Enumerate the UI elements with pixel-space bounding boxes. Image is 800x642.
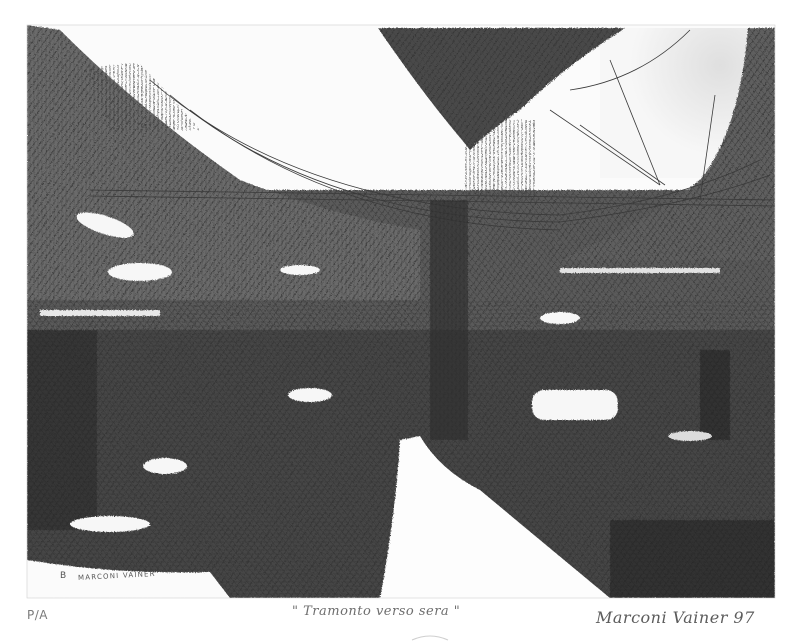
artist-signature: Marconi Vainer 97 xyxy=(596,608,755,627)
plate-image xyxy=(27,25,775,598)
etching-artwork xyxy=(0,0,800,642)
plate-mark-icon: B xyxy=(60,571,66,581)
artwork-title: " Tramonto verso sera " xyxy=(292,604,460,619)
edition-label: P/A xyxy=(27,608,48,622)
